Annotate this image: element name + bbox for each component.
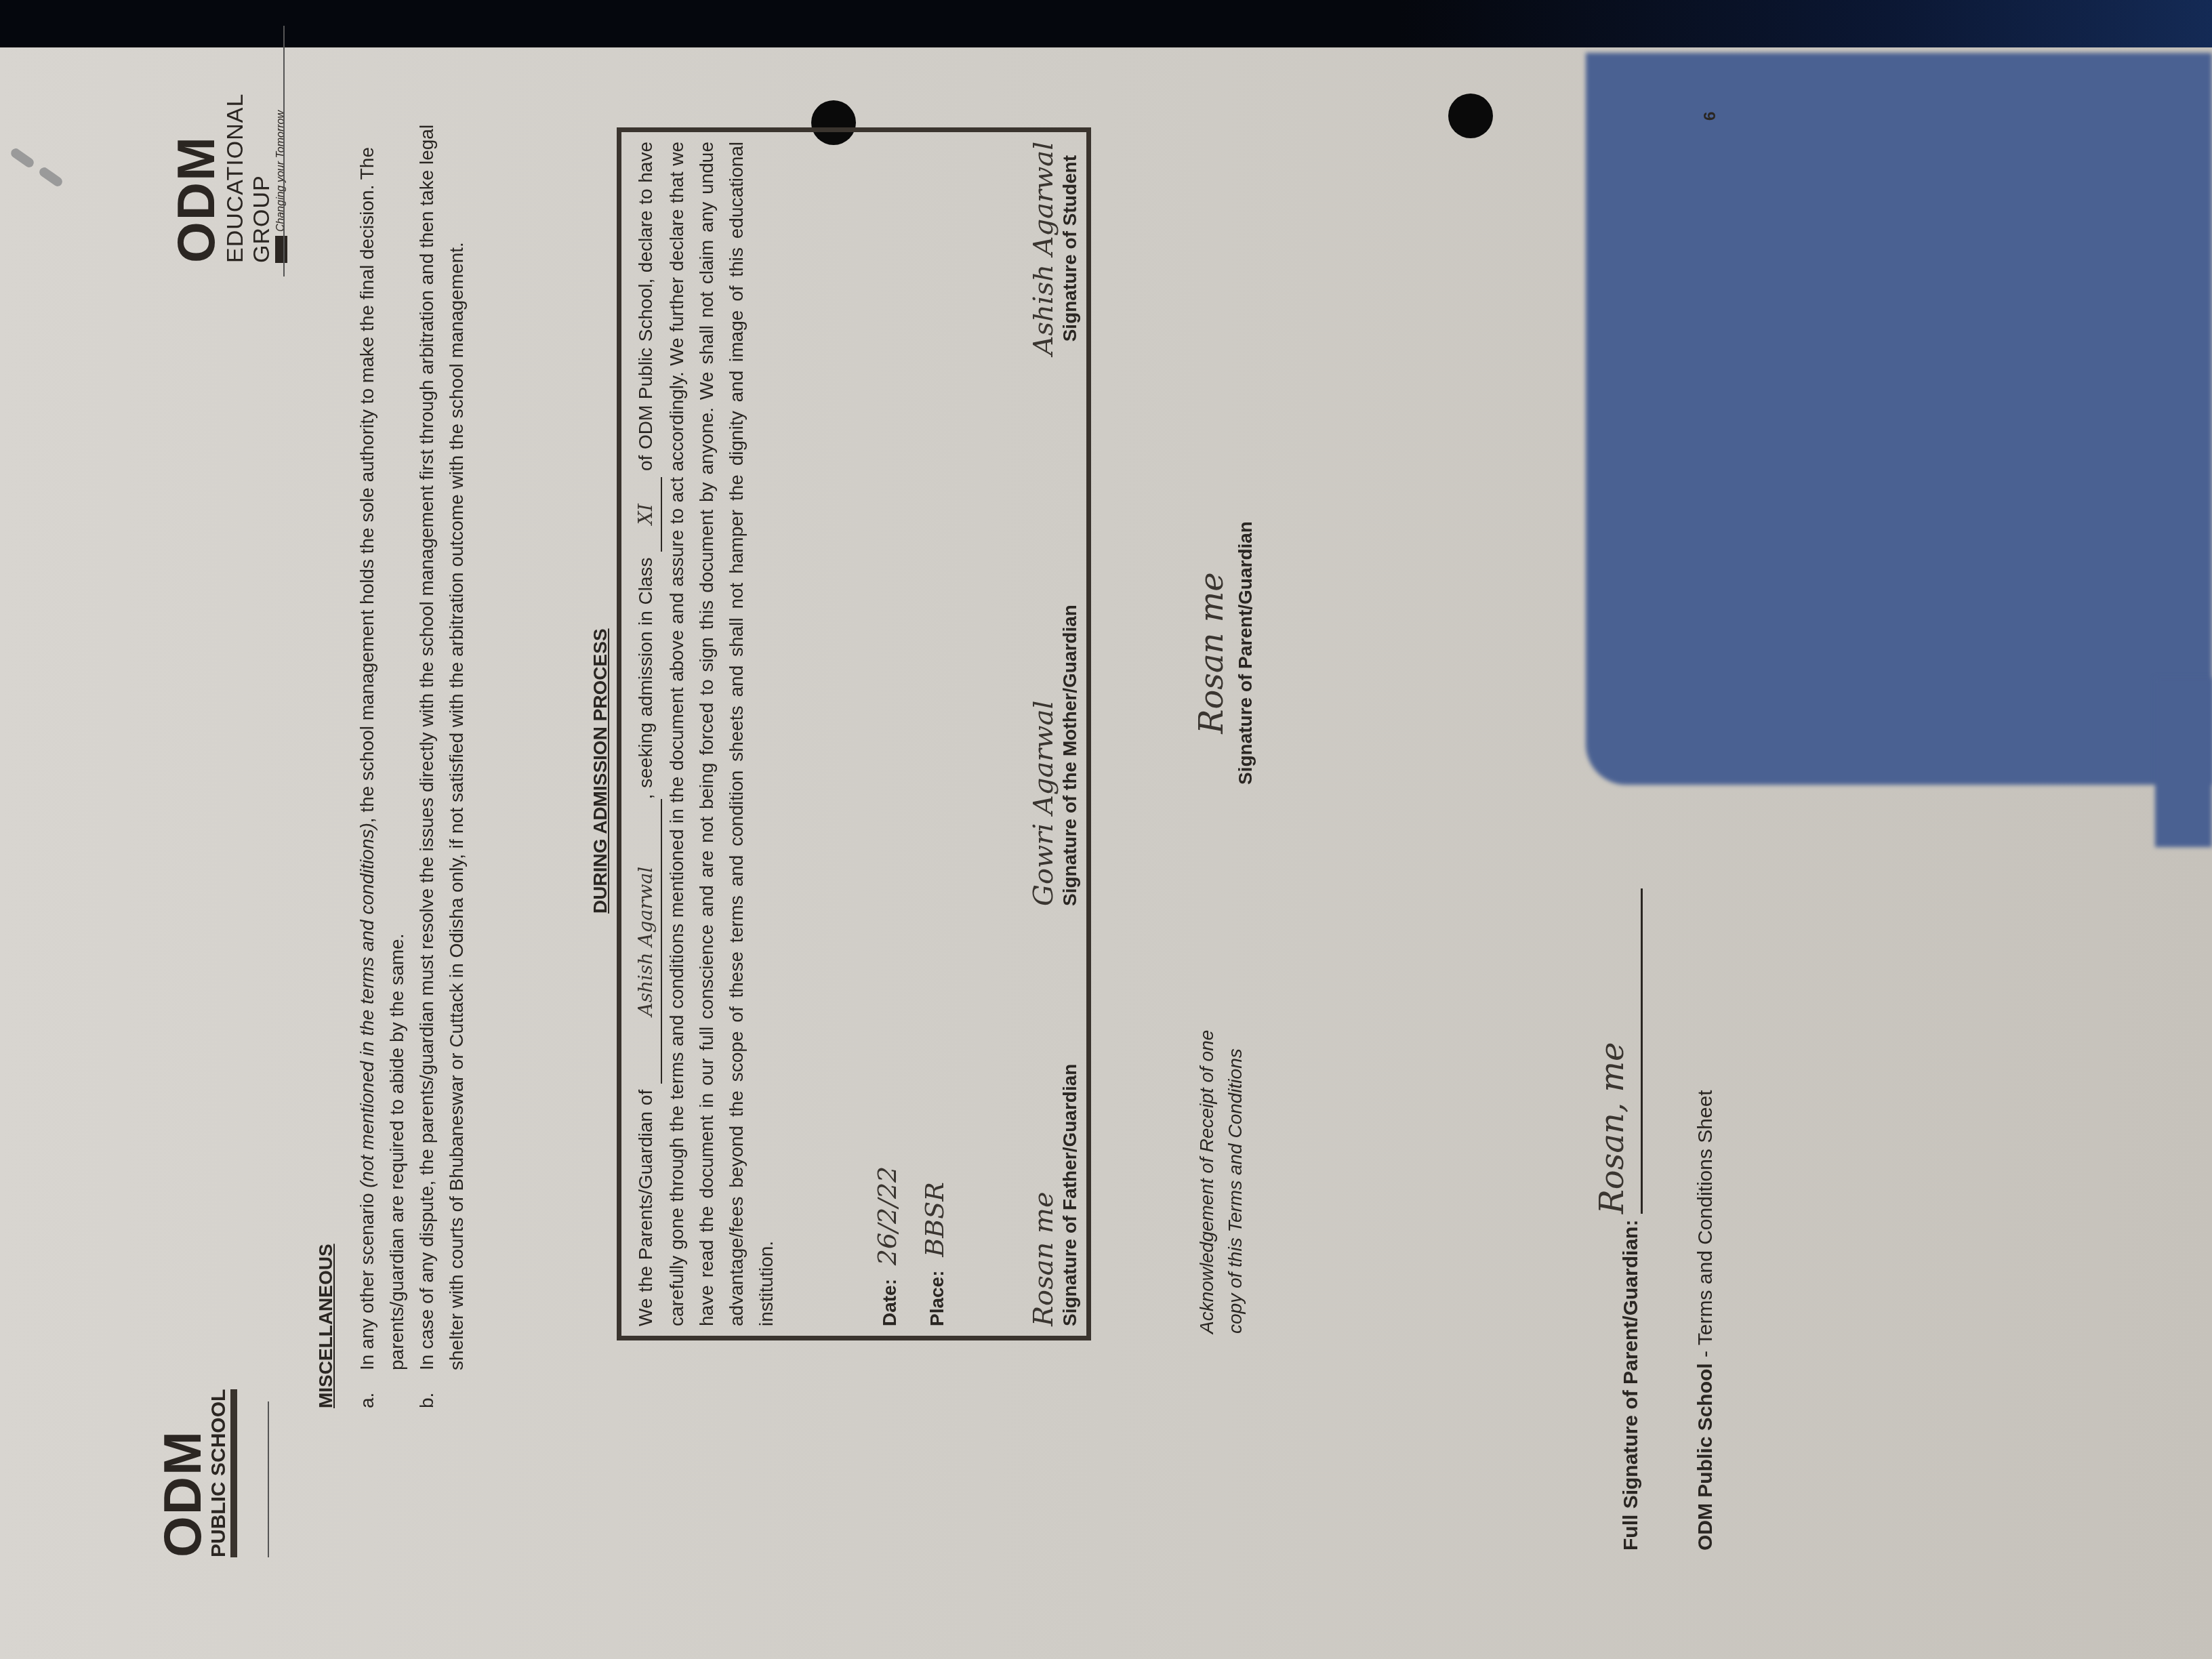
miscellaneous-list: a. In any other scenario (not mentioned … (352, 121, 472, 1408)
section-title-miscellaneous: MISCELLANEOUS (315, 1244, 337, 1408)
list-item-label: a. (352, 1393, 382, 1408)
declaration-part: of ODM Public School, declare to have ca… (635, 142, 777, 1326)
student-signature[interactable]: Ashish Agarwal Signature of Student (1028, 142, 1081, 355)
place-field[interactable]: BBSR (920, 1182, 949, 1257)
parent-signature[interactable]: Rosan me Signature of Parent/Guardian (1193, 521, 1256, 785)
declaration-part: We the Parents/Guardian of (635, 1090, 656, 1326)
full-signature-label: Full Signature of Parent/Guardian: (1620, 1220, 1642, 1551)
father-signature[interactable]: Rosan me Signature of Father/Guardian (1028, 1064, 1081, 1326)
signature-mark: Rosan me (1028, 1064, 1059, 1326)
logo-tagline: Changing your Tomorrow (275, 0, 287, 263)
signature-row: Rosan me Signature of Father/Guardian Go… (1000, 142, 1081, 1326)
logo-subtitle: PUBLIC SCHOOL (209, 1389, 237, 1557)
list-item-text: In any other scenario (356, 1188, 377, 1370)
acknowledgement-text: Acknowledgement of Receipt of one copy o… (1193, 1030, 1250, 1334)
declaration-box: We the Parents/Guardian of Ashish Agarwa… (617, 127, 1091, 1340)
signature-label: Signature of Father/Guardian (1059, 1064, 1080, 1326)
logo-subtitle: EDUCATIONAL GROUP (222, 0, 275, 263)
list-item-label: b. (412, 1393, 442, 1408)
section-title-admission: DURING ADMISSION PROCESS (590, 628, 611, 914)
declaration-part: , seeking admission in Class (635, 557, 656, 799)
page-footer: ODM Public School - Terms and Conditions… (1694, 1090, 1717, 1551)
declaration-text: We the Parents/Guardian of Ashish Agarwa… (631, 142, 781, 1326)
header-rule (268, 1401, 269, 1557)
footer-title: - Terms and Conditions Sheet (1694, 1090, 1717, 1363)
logo-text: ODM (169, 0, 222, 263)
student-name-field[interactable]: Ashish Agarwal (631, 799, 662, 1084)
date-field[interactable]: 26/2/22 (872, 1166, 902, 1266)
odm-educational-group-logo: ODM EDUCATIONAL GROUP Changing your Tomo… (169, 0, 287, 263)
date-row: Date: 26/2/22 (872, 1166, 902, 1326)
odm-public-school-logo: ODM PUBLIC SCHOOL (156, 1389, 237, 1557)
list-item-text: In case of any dispute, the parents/guar… (416, 125, 467, 1370)
signature-mark: Ashish Agarwal (1028, 142, 1059, 355)
place-row: Place: BBSR (920, 1182, 949, 1326)
signature-mark: Gowri Agarwal (1028, 605, 1059, 906)
signature-label: Signature of Parent/Guardian (1235, 521, 1256, 785)
signature-mark: Rosan me (1193, 521, 1231, 785)
date-label: Date: (879, 1279, 900, 1326)
page-number: 6 (1701, 112, 1720, 121)
full-signature-row: Full Signature of Parent/Guardian: Rosan… (1620, 888, 1643, 1551)
list-item-italic-text: (not mentioned in the terms and conditio… (356, 823, 377, 1188)
signature-mark: Rosan, me (1593, 1042, 1631, 1214)
acknowledgement-line: copy of this Terms and Conditions (1221, 1030, 1250, 1334)
logo-text: ODM (156, 1389, 209, 1557)
signature-label: Signature of the Mother/Guardian (1059, 605, 1080, 906)
document-page: ODM PUBLIC SCHOOL ODM EDUCATIONAL GROUP … (0, 0, 2212, 1659)
list-item: a. In any other scenario (not mentioned … (352, 121, 412, 1408)
acknowledgement-line: Acknowledgement of Receipt of one (1193, 1030, 1221, 1334)
footer-school: ODM Public School (1694, 1363, 1717, 1551)
list-item: b. In case of any dispute, the parents/g… (412, 121, 472, 1408)
full-signature-field[interactable]: Rosan, me (1620, 888, 1643, 1214)
signature-label: Signature of Student (1059, 155, 1080, 342)
header-rule (283, 26, 285, 276)
place-label: Place: (926, 1271, 947, 1327)
mother-signature[interactable]: Gowri Agarwal Signature of the Mother/Gu… (1028, 605, 1081, 906)
class-field[interactable]: XI (631, 477, 662, 552)
